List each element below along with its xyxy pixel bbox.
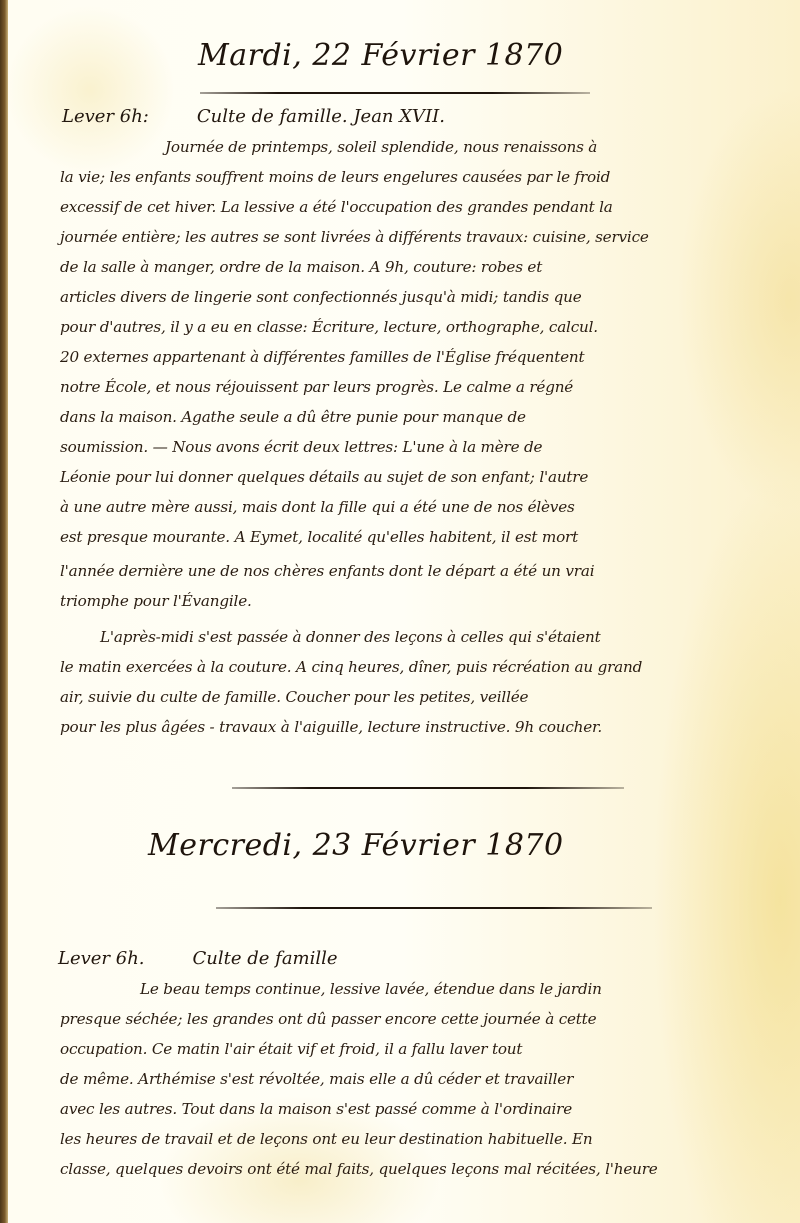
heading-rule — [216, 907, 652, 909]
entry-date-heading: Mardi, 22 Février 1870 — [198, 38, 563, 73]
text-line: est presque mourante. A Eymet, localité … — [60, 528, 760, 546]
text-line: la vie; les enfants souffrent moins de l… — [60, 168, 760, 186]
entry-subheading: Lever 6h:Culte de famille. Jean XVII. — [62, 106, 445, 127]
text-line: le matin exercées à la couture. A cinq h… — [60, 658, 760, 676]
family-worship: Culte de famille — [193, 948, 338, 969]
family-worship: Culte de famille. Jean XVII. — [197, 106, 445, 127]
text-line: à une autre mère aussi, mais dont la fil… — [60, 498, 760, 516]
text-line: les heures de travail et de leçons ont e… — [60, 1130, 760, 1148]
text-line: de même. Arthémise s'est révoltée, mais … — [60, 1070, 760, 1088]
text-line: triomphe pour l'Évangile. — [60, 592, 760, 610]
text-line: occupation. Ce matin l'air était vif et … — [60, 1040, 760, 1058]
text-line: Le beau temps continue, lessive lavée, é… — [140, 980, 760, 998]
text-line: articles divers de lingerie sont confect… — [60, 288, 760, 306]
text-line: L'après-midi s'est passée à donner des l… — [100, 628, 720, 646]
text-line: excessif de cet hiver. La lessive a été … — [60, 198, 760, 216]
text-line: Journée de printemps, soleil splendide, … — [165, 138, 785, 156]
entry-date-heading: Mercredi, 23 Février 1870 — [148, 828, 564, 863]
text-line: Léonie pour lui donner quelques détails … — [60, 468, 760, 486]
text-line: pour les plus âgées - travaux à l'aiguil… — [60, 718, 760, 736]
entry-subheading: Lever 6h.Culte de famille — [58, 948, 338, 969]
rising-time: Lever 6h. — [58, 948, 145, 969]
text-line: air, suivie du culte de famille. Coucher… — [60, 688, 760, 706]
text-line: journée entière; les autres se sont livr… — [60, 228, 760, 246]
text-line: classe, quelques devoirs ont été mal fai… — [60, 1160, 760, 1178]
text-line: notre École, et nous réjouissent par leu… — [60, 378, 760, 396]
text-line: soumission. — Nous avons écrit deux lett… — [60, 438, 760, 456]
rising-time: Lever 6h: — [62, 106, 149, 127]
text-line: pour d'autres, il y a eu en classe: Écri… — [60, 318, 760, 336]
text-line: presque séchée; les grandes ont dû passe… — [60, 1010, 760, 1028]
text-line: 20 externes appartenant à différentes fa… — [60, 348, 760, 366]
journal-page: Mardi, 22 Février 1870 Lever 6h:Culte de… — [0, 0, 800, 1223]
book-spine-edge — [0, 0, 8, 1223]
text-line: avec les autres. Tout dans la maison s'e… — [60, 1100, 760, 1118]
heading-rule — [200, 92, 590, 94]
text-line: l'année dernière une de nos chères enfan… — [60, 562, 760, 580]
text-line: dans la maison. Agathe seule a dû être p… — [60, 408, 760, 426]
text-line: de la salle à manger, ordre de la maison… — [60, 258, 760, 276]
entry-separator-rule — [232, 787, 624, 789]
